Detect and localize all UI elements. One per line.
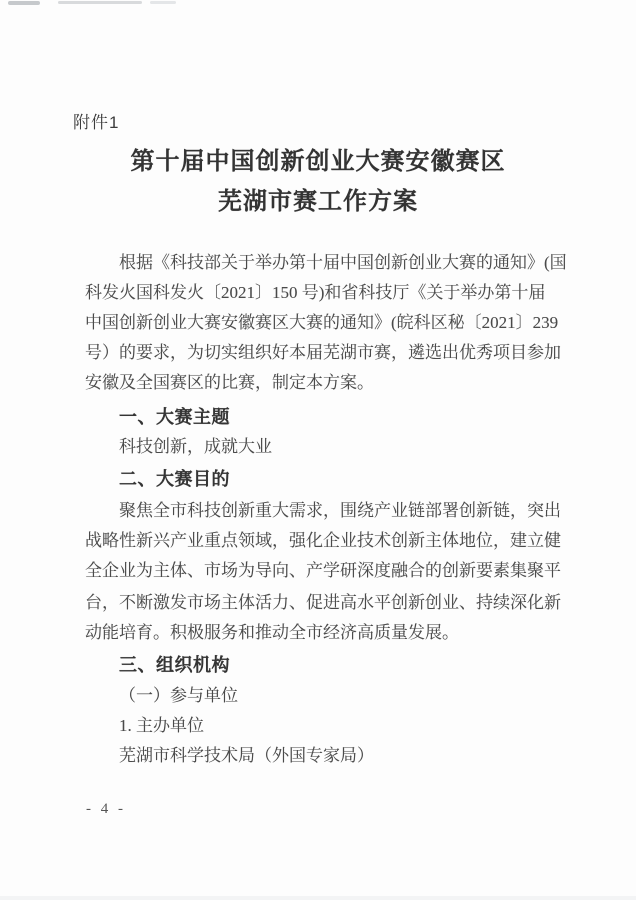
body-line: 号）的要求，为切实组织好本届芜湖市赛，遴选出优秀项目参加 [85,343,577,363]
body-line: 安徽及全国赛区的比赛，制定本方案。 [85,373,577,393]
body-line: 台，不断激发市场主体活力、促进高水平创新创业、持续深化新 [85,593,577,613]
scan-edge-shadow [0,896,636,900]
scan-artifact [150,1,176,4]
body-line: 科技创新，成就大业 [85,437,611,457]
document-page: 附件1 第十届中国创新创业大赛安徽赛区 芜湖市赛工作方案 根据《科技部关于举办第… [0,0,636,900]
document-title-line-2: 芜湖市赛工作方案 [0,181,636,216]
subsection-heading: （一）参与单位 [85,686,611,706]
section-heading-2: 二、大赛目的 [85,469,611,489]
document-title-line-1: 第十届中国创新创业大赛安徽赛区 [0,141,636,176]
section-heading-1: 一、大赛主题 [85,407,611,427]
body-line: 全企业为主体、市场为导向、产学研深度融合的创新要素集聚平 [85,561,577,581]
body-line: 1. 主办单位 [85,716,611,736]
body-line: 动能培育。积极服务和推动全市经济高质量发展。 [85,623,577,643]
body-line: 芜湖市科学技术局（外国专家局） [85,746,611,766]
body-line: 科发火国科发火〔2021〕150 号)和省科技厅《关于举办第十届 [85,283,577,303]
body-line: 根据《科技部关于举办第十届中国创新创业大赛的通知》(国 [85,253,611,273]
scan-artifact [8,1,40,5]
body-line: 聚焦全市科技创新重大需求，围绕产业链部署创新链，突出 [85,501,611,521]
body-line: 中国创新创业大赛安徽赛区大赛的通知》(皖科区秘〔2021〕239 [85,313,577,333]
body-line: 战略性新兴产业重点领域，强化企业技术创新主体地位，建立健 [85,531,577,551]
attachment-label: 附件1 [73,108,119,133]
scan-artifact [58,1,142,4]
page-number: - 4 - [86,801,126,818]
section-heading-3: 三、组织机构 [85,655,611,675]
